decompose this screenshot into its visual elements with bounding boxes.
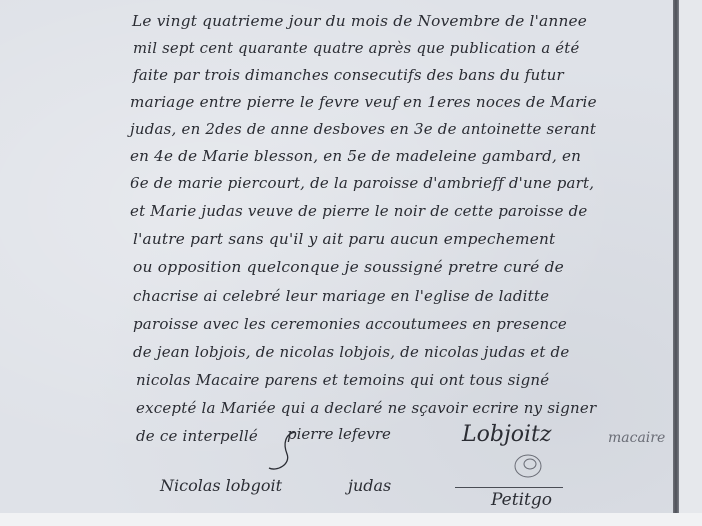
text-line-5: judas, en 2des de anne desboves en 3e de… <box>130 120 596 138</box>
text-line-16: de ce interpellé <box>136 427 258 445</box>
scanned-page: Le vingt quatrieme jour du mois de Novem… <box>0 0 702 513</box>
text-line-4: mariage entre pierre le fevre veuf en 1e… <box>130 93 597 111</box>
text-line-13: de jean lobjois, de nicolas lobjois, de … <box>133 343 569 361</box>
text-line-7: 6e de marie piercourt, de la paroisse d'… <box>130 174 594 192</box>
signature-nicolas-lobgoit: Nicolas lobgoit <box>160 476 282 495</box>
text-line-1: Le vingt quatrieme jour du mois de Novem… <box>132 12 587 30</box>
text-line-15: excepté la Mariée qui a declaré ne sçavo… <box>136 399 596 417</box>
text-line-11: chacrise ai celebré leur mariage en l'eg… <box>133 287 549 305</box>
text-line-3: faite par trois dimanches consecutifs de… <box>133 66 564 84</box>
text-line-14: nicolas Macaire parens et temoins qui on… <box>136 371 549 389</box>
signature-lobjoitz: Lobjoitz <box>462 422 551 447</box>
page-right-margin <box>679 0 702 513</box>
scan-bottom-edge <box>0 513 702 526</box>
text-line-6: en 4e de Marie blesson, en 5e de madelei… <box>130 147 581 165</box>
signature-judas: judas <box>348 476 391 495</box>
signature-macaire: macaire <box>608 430 665 446</box>
signature-paraph-icon <box>508 448 548 484</box>
signature-underline <box>455 487 563 488</box>
text-line-10: ou opposition quelconque je soussigné pr… <box>133 258 564 276</box>
text-line-8: et Marie judas veuve de pierre le noir d… <box>130 202 588 220</box>
text-line-12: paroisse avec les ceremonies accoutumees… <box>133 315 567 333</box>
text-line-2: mil sept cent quarante quatre après que … <box>133 39 579 57</box>
signature-cure: Petitgo <box>491 490 552 510</box>
text-line-9: l'autre part sans qu'il y ait paru aucun… <box>133 230 555 248</box>
signature-flourish-icon <box>265 428 305 478</box>
